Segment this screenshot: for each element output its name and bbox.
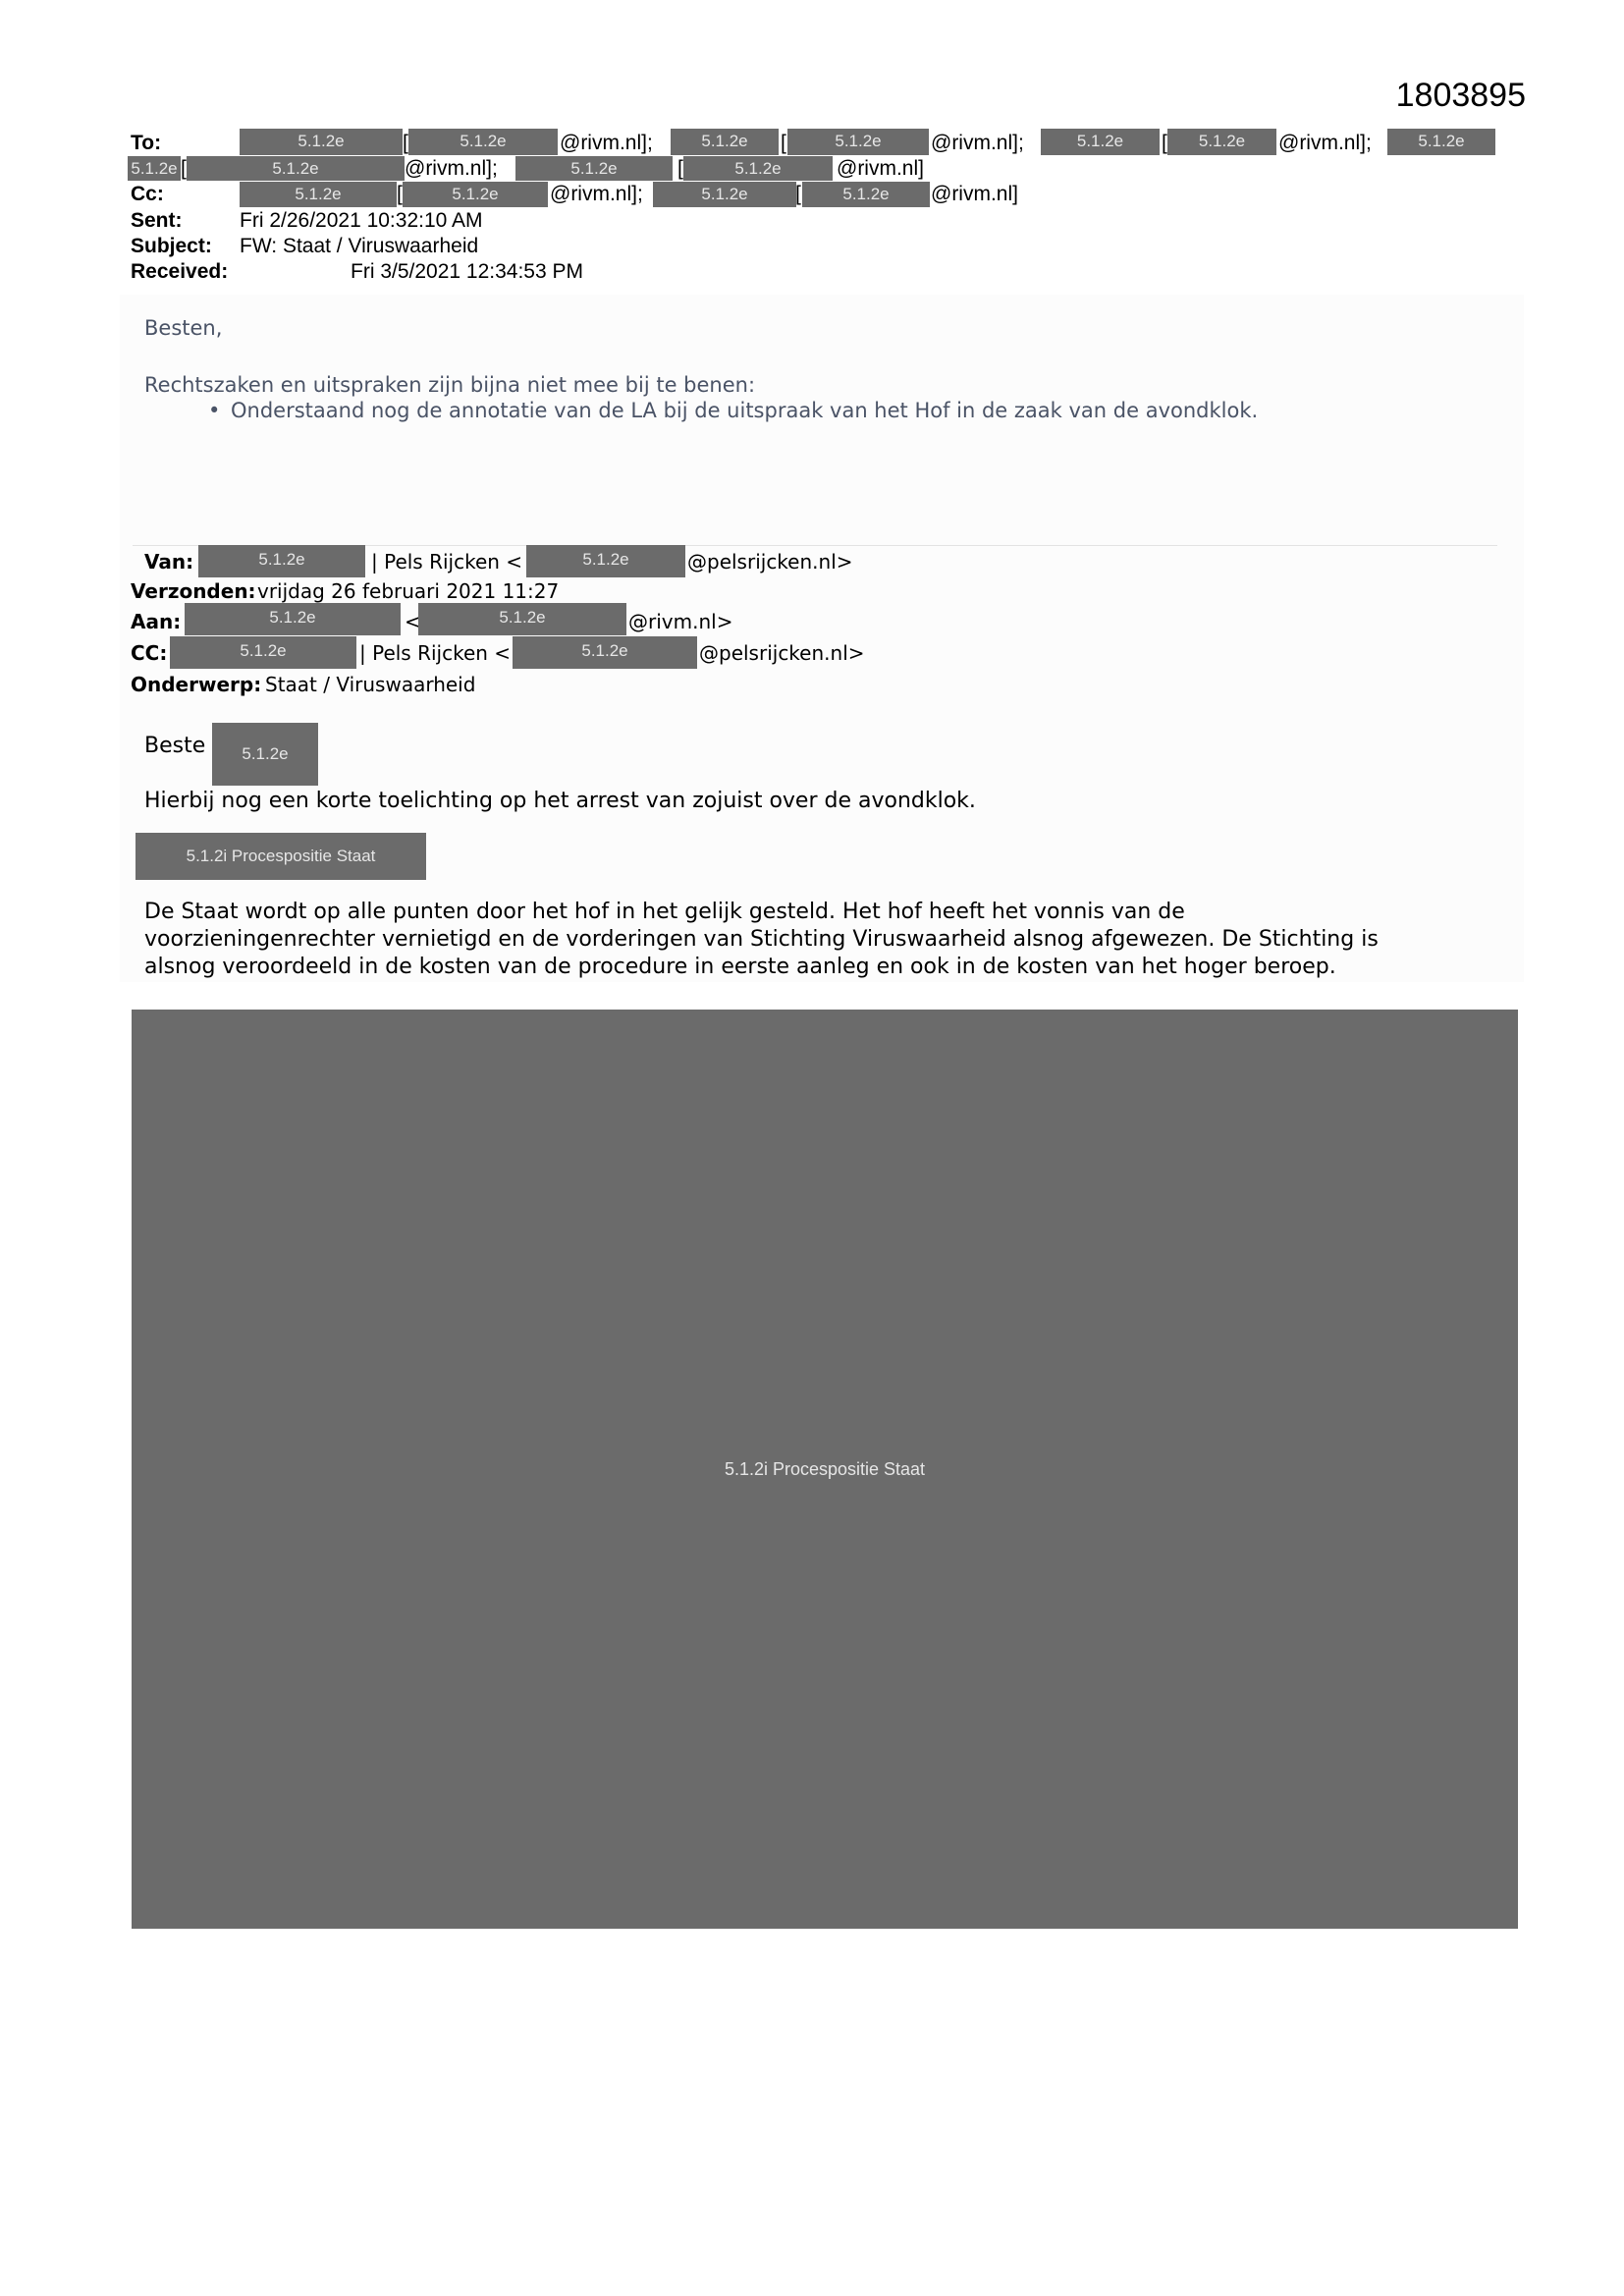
email-domain: @pelsrijcken.nl> — [687, 550, 853, 574]
bracket: [ — [403, 131, 408, 156]
aan-label: Aan: — [131, 610, 181, 633]
pels-rijcken: | Pels Rijcken < — [371, 550, 522, 574]
note-line: Rechtszaken en uitspraken zijn bijna nie… — [144, 373, 755, 397]
redaction: 5.1.2e — [671, 129, 779, 155]
bracket: [ — [795, 182, 801, 207]
redaction: 5.1.2e — [515, 156, 673, 181]
email-domain: @rivm.nl]; — [405, 156, 498, 182]
bracket: [ — [181, 156, 187, 182]
sent-label: Sent: — [131, 208, 183, 234]
subject-label: Subject: — [131, 234, 212, 259]
redaction: 5.1.2e — [408, 129, 558, 155]
bullet-icon: • — [208, 399, 220, 422]
redaction: 5.1.2e — [418, 603, 626, 635]
email-domain: @pelsrijcken.nl> — [699, 641, 865, 665]
van-label: Van: — [144, 550, 193, 574]
cc-label: CC: — [131, 641, 167, 665]
redaction: 5.1.2e — [513, 636, 697, 669]
verzonden-value: vrijdag 26 februari 2021 11:27 — [257, 579, 559, 603]
redaction-procespositie: 5.1.2i Procespositie Staat — [135, 833, 426, 880]
to-label: To: — [131, 131, 161, 156]
redaction: 5.1.2e — [240, 182, 397, 207]
redaction: 5.1.2e — [403, 182, 548, 207]
redaction: 5.1.2e — [1167, 129, 1276, 155]
sent-value: Fri 2/26/2021 10:32:10 AM — [240, 208, 483, 234]
intro-line: Hierbij nog een korte toelichting op het… — [144, 789, 976, 813]
redaction: 5.1.2e — [198, 545, 365, 577]
paragraph-line: alsnog veroordeeld in de kosten van de p… — [144, 955, 1336, 979]
redaction: 5.1.2e — [802, 182, 930, 207]
email-domain: @rivm.nl] — [931, 182, 1018, 207]
bracket: [ — [781, 131, 786, 156]
email-domain: @rivm.nl]; — [931, 131, 1024, 156]
email-domain: @rivm.nl]; — [560, 131, 653, 156]
paragraph-line: voorzieningenrechter vernietigd en de vo… — [144, 927, 1379, 952]
received-label: Received: — [131, 259, 228, 285]
bracket: [ — [1162, 131, 1167, 156]
greeting: Beste — [144, 734, 205, 758]
redaction: 5.1.2e — [170, 636, 356, 669]
redaction: 5.1.2e — [187, 156, 405, 181]
pels-rijcken: | Pels Rijcken < — [359, 641, 511, 665]
redaction: 5.1.2e — [212, 723, 318, 786]
redaction: 5.1.2e — [653, 182, 796, 207]
redaction: 5.1.2e — [240, 129, 403, 155]
onderwerp-label: Onderwerp: — [131, 673, 261, 696]
greeting: Besten, — [144, 316, 222, 340]
email-domain: @rivm.nl]; — [1278, 131, 1372, 156]
cc-label: Cc: — [131, 182, 164, 207]
email-domain: @rivm.nl> — [628, 610, 732, 633]
paragraph-line: De Staat wordt op alle punten door het h… — [144, 900, 1185, 924]
subject-value: FW: Staat / Viruswaarheid — [240, 234, 478, 259]
redaction: 5.1.2e — [683, 156, 833, 181]
email-domain: @rivm.nl]; — [550, 182, 643, 207]
document-number: 1803895 — [1396, 77, 1526, 115]
redaction: 5.1.2e — [128, 156, 181, 181]
redaction-large-procespositie: 5.1.2i Procespositie Staat — [132, 1010, 1518, 1929]
redaction: 5.1.2e — [1387, 129, 1495, 155]
redaction: 5.1.2e — [185, 603, 401, 635]
redaction: 5.1.2e — [1041, 129, 1160, 155]
redaction: 5.1.2e — [787, 129, 929, 155]
bracket: [ — [397, 182, 403, 207]
email-domain: @rivm.nl] — [837, 156, 924, 182]
received-value: Fri 3/5/2021 12:34:53 PM — [351, 259, 583, 285]
bullet-text: Onderstaand nog de annotatie van de LA b… — [231, 399, 1258, 422]
bracket: [ — [677, 156, 683, 182]
redaction: 5.1.2e — [526, 545, 685, 577]
onderwerp-value: Staat / Viruswaarheid — [265, 673, 475, 696]
verzonden-label: Verzonden: — [131, 579, 256, 603]
